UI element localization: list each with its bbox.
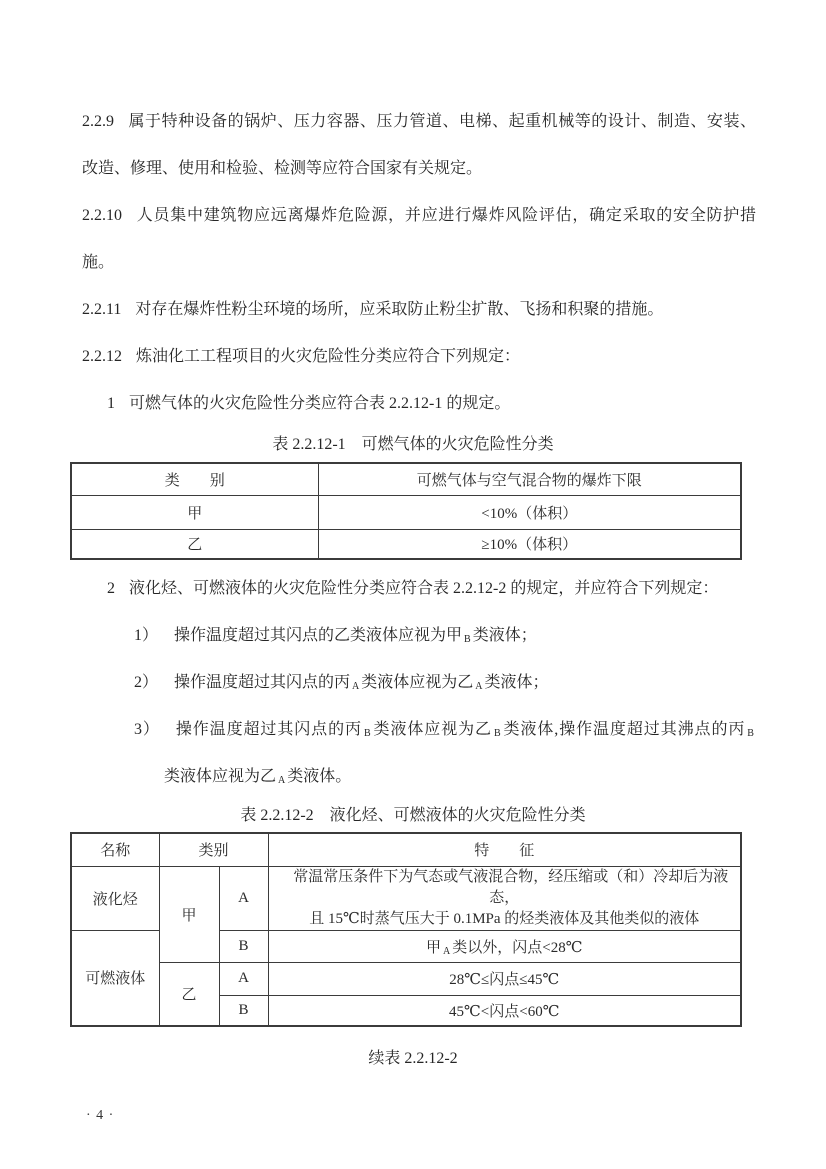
clause-2.2.9-line2: 改造、修理、使用和检验、检测等应符合国家有关规定。 [70,145,756,192]
sub-item-2: 2）操作温度超过其闪点的丙A类液体应视为乙A类液体； [70,659,756,706]
clause-text: 属于特种设备的锅炉、压力容器、压力管道、电梯、起重机械等的设计、制造、安装、 [128,113,756,130]
table-row: 乙 ≥10%（体积） [71,529,741,559]
cell-category-jia: 甲 [159,866,219,962]
cell-feature: 常温常压条件下为气态或气液混合物，经压缩或（和）冷却后为液态， 且 15℃时蒸气… [268,866,741,930]
cell-subcategory-A: A [219,866,268,930]
clause-text: 炼油化工工程项目的火灾危险性分类应符合下列规定： [136,348,520,365]
header-cell-name: 名称 [71,833,159,866]
subscript: B [747,728,754,739]
document-page: 2.2.9属于特种设备的锅炉、压力容器、压力管道、电梯、起重机械等的设计、制造、… [0,0,826,1169]
sub-item-text: 类液体； [473,627,537,644]
sub-item-number: 3） [134,721,160,738]
header-cell-explosion-limit: 可燃气体与空气混合物的爆炸下限 [318,463,741,495]
sub-item-text: 类液体,操作温度超过其沸点的丙 [503,721,746,738]
sub-item-1: 1）操作温度超过其闪点的乙类液体应视为甲B类液体； [70,612,756,659]
sub-item-text: 操作温度超过其闪点的丙 [176,721,362,738]
clause-2.2.12: 2.2.12炼油化工工程项目的火灾危险性分类应符合下列规定： [70,333,756,380]
clause-text: 对存在爆炸性粉尘环境的场所，应采取防止粉尘扩散、飞扬和积聚的措施。 [135,301,663,318]
table-row-lpg-A: 液化烃 甲 A 常温常压条件下为气态或气液混合物，经压缩或（和）冷却后为液态， … [71,866,741,930]
clause-number: 2.2.9 [82,113,114,130]
clause-2.2.10-line1: 2.2.10人员集中建筑物应远离爆炸危险源，并应进行爆炸风险评估，确定采取的安全… [70,192,756,239]
header-cell-category: 类 别 [71,463,318,495]
cell-subcategory-A: A [219,962,268,995]
page-number: · 4 · [70,1108,756,1124]
list-item-1: 1可燃气体的火灾危险性分类应符合表 2.2.12-1 的规定。 [70,380,756,427]
clause-2.2.10-line2: 施。 [70,239,756,286]
header-cell-feature: 特 征 [268,833,741,866]
feature-text: 类以外，闪点<28℃ [452,940,582,956]
cell-limit: <10%（体积） [318,495,741,529]
liquid-fire-hazard-classification-table: 名称 类别 特 征 液化烃 甲 A 常温常压条件下为气态或气液混合物，经压缩或（… [70,832,742,1027]
subscript: A [352,681,359,692]
table-header-row: 名称 类别 特 征 [71,833,741,866]
cell-feature: 甲A类以外，闪点<28℃ [268,930,741,962]
feature-line: 常温常压条件下为气态或气液混合物，经压缩或（和）冷却后为液态， [269,867,740,909]
cell-name-flammable-liquid: 可燃液体 [71,930,159,1026]
header-cell-category: 类别 [159,833,268,866]
feature-line: 且 15℃时蒸气压大于 0.1MPa 的烃类液体及其他类似的液体 [269,909,740,930]
sub-item-3-line1: 3）操作温度超过其闪点的丙B类液体应视为乙B类液体,操作温度超过其沸点的丙B [70,706,756,753]
sub-item-text: 类液体； [485,674,549,691]
table-2-continuation-caption: 续表 2.2.12-2 [70,1035,756,1082]
subscript: A [475,681,482,692]
cell-limit: ≥10%（体积） [318,529,741,559]
cell-feature: 28℃≤闪点≤45℃ [268,962,741,995]
item-number: 1 [107,395,115,412]
sub-item-text: 操作温度超过其闪点的乙类液体应视为甲 [174,627,462,644]
sub-item-3-line2: 类液体应视为乙A类液体。 [70,753,756,800]
cell-name-lpg: 液化烃 [71,866,159,930]
table-row-yi-A: 乙 A 28℃≤闪点≤45℃ [71,962,741,995]
sub-item-text: 类液体应视为乙 [361,674,473,691]
list-item-2: 2液化烃、可燃液体的火灾危险性分类应符合表 2.2.12-2 的规定，并应符合下… [70,565,756,612]
clause-2.2.11: 2.2.11对存在爆炸性粉尘环境的场所，应采取防止粉尘扩散、飞扬和积聚的措施。 [70,286,756,333]
cell-subcategory-B: B [219,995,268,1026]
subscript: A [443,946,450,957]
sub-item-text: 类液体。 [287,768,351,785]
flammable-gas-classification-table: 类 别 可燃气体与空气混合物的爆炸下限 甲 <10%（体积） 乙 ≥10%（体积… [70,462,742,560]
sub-item-text: 操作温度超过其闪点的丙 [174,674,350,691]
clause-number: 2.2.12 [82,348,122,365]
clause-number: 2.2.10 [82,207,122,224]
item-number: 2 [107,580,115,597]
subscript: A [278,775,285,786]
clause-number: 2.2.11 [82,301,121,318]
sub-item-text: 类液体应视为乙 [164,768,276,785]
table-row: 甲 <10%（体积） [71,495,741,529]
sub-item-number: 1） [134,627,158,644]
cell-feature: 45℃<闪点<60℃ [268,995,741,1026]
feature-text: 甲 [426,940,441,956]
table-header-row: 类 别 可燃气体与空气混合物的爆炸下限 [71,463,741,495]
clause-text: 人员集中建筑物应远离爆炸危险源，并应进行爆炸风险评估，确定采取的安全防护措 [136,207,756,224]
subscript: B [364,728,371,739]
subscript: B [494,728,501,739]
sub-item-number: 2） [134,674,158,691]
subscript: B [464,634,471,645]
table-1-caption: 表 2.2.12-1 可燃气体的火灾危险性分类 [70,427,756,462]
cell-subcategory-B: B [219,930,268,962]
table-2-caption: 表 2.2.12-2 液化烃、可燃液体的火灾危险性分类 [70,800,756,832]
cell-category-yi: 乙 [159,962,219,1026]
clause-text: 施。 [82,254,114,271]
clause-text: 改造、修理、使用和检验、检测等应符合国家有关规定。 [82,160,482,177]
clause-2.2.9-line1: 2.2.9属于特种设备的锅炉、压力容器、压力管道、电梯、起重机械等的设计、制造、… [70,98,756,145]
sub-item-text: 类液体应视为乙 [373,721,492,738]
cell-category: 乙 [71,529,318,559]
item-text: 液化烃、可燃液体的火灾危险性分类应符合表 2.2.12-2 的规定，并应符合下列… [129,580,718,597]
cell-category: 甲 [71,495,318,529]
item-text: 可燃气体的火灾危险性分类应符合表 2.2.12-1 的规定。 [129,395,510,412]
